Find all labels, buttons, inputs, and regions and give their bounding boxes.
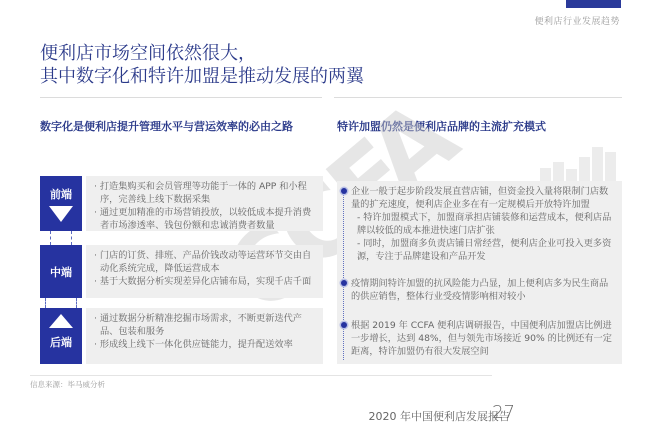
front-end-bullets: · 打造集购买和会员管理等功能于一体的 APP 和小程序，完善线上线下数据采集 …: [86, 176, 323, 231]
bullet: · 通过数据分析精准挖掘市场需求，不断更新迭代产品、包装和服务: [94, 312, 317, 338]
bullet: · 通过更加精准的市场营销投放，以较低成本提升消费者市场渗透率、钱包份额和忠诚消…: [94, 206, 317, 232]
row-middle-end: 中端 · 门店的订货、排班、产品价钱改动等运营环节交由自动化系统完成，降低运营成…: [40, 245, 323, 298]
franchise-panel: 企业一般于起步阶段发展直营店铺，但资金投入量将限制门店数量的扩充速度，便利店企业…: [337, 181, 622, 364]
section-tab-accent: [566, 0, 621, 8]
item-text: 企业一般于起步阶段发展直营店铺，但资金投入量将限制门店数量的扩充速度，便利店企业…: [351, 185, 616, 211]
connector-line: [50, 231, 51, 245]
row-front-end: 前端 · 打造集购买和会员管理等功能于一体的 APP 和小程序，完善线上线下数据…: [40, 176, 323, 231]
arrow-up-icon: [49, 314, 73, 328]
connector-line: [45, 298, 46, 308]
bullet: · 基于大数据分析实现差异化店铺布局，实现千店千面: [94, 275, 317, 288]
front-end-box: 前端: [40, 176, 82, 231]
bullet: · 形成线上线下一体化供应链能力，提升配送效率: [94, 338, 317, 351]
decorative-bar-graphic: [540, 147, 616, 182]
middle-end-bullets: · 门店的订货、排班、产品价钱改动等运营环节交由自动化系统完成，降低运营成本 ·…: [86, 245, 323, 298]
source-divider: [30, 375, 492, 376]
bullet: · 打造集购买和会员管理等功能于一体的 APP 和小程序，完善线上线下数据采集: [94, 180, 317, 206]
row-back-end: 后端 · 通过数据分析精准挖掘市场需求，不断更新迭代产品、包装和服务 · 形成线…: [40, 308, 323, 364]
item-text: 疫情期间特许加盟的抗风险能力凸显，加上便利店多为民生商品的供应销售，整体行业受疫…: [351, 277, 616, 303]
divider-right: [334, 97, 622, 98]
back-end-bullets: · 通过数据分析精准挖掘市场需求，不断更新迭代产品、包装和服务 · 形成线上线下…: [86, 308, 323, 364]
divider-left: [40, 97, 322, 98]
bullet: · 门店的订货、排班、产品价钱改动等运营环节交由自动化系统完成，降低运营成本: [94, 249, 317, 275]
list-item: 根据 2019 年 CCFA 便利店调研报告，中国便利店加盟店比例进一步增长，达…: [341, 319, 616, 358]
back-end-box: 后端: [40, 308, 82, 364]
item-text: 根据 2019 年 CCFA 便利店调研报告，中国便利店加盟店比例进一步增长，达…: [351, 319, 616, 358]
left-heading: 数字化是便利店提升管理水平与营运效率的必由之路: [40, 118, 293, 134]
middle-end-label: 中端: [40, 245, 82, 280]
middle-end-box: 中端: [40, 245, 82, 298]
title-line-1: 便利店市场空间依然很大，: [40, 42, 364, 65]
title-line-2: 其中数字化和特许加盟是推动发展的两翼: [40, 65, 364, 88]
bullet-dot-icon: [341, 322, 347, 328]
item-subpoint: - 同时，加盟商多负责店铺日常经营，便利店企业可投入更多资源，专注于品牌建设和产…: [351, 237, 616, 263]
page-title: 便利店市场空间依然很大， 其中数字化和特许加盟是推动发展的两翼: [40, 42, 364, 88]
footer-report-title: 2020 年中国便利店发展报告: [369, 408, 511, 424]
list-item: 企业一般于起步阶段发展直营店铺，但资金投入量将限制门店数量的扩充速度，便利店企业…: [341, 185, 616, 263]
connector-line: [76, 298, 77, 308]
bullet-dot-icon: [341, 188, 347, 194]
front-end-label: 前端: [40, 176, 82, 202]
source-note: 信息来源：毕马威分析: [30, 379, 105, 390]
arrow-down-icon: [49, 206, 73, 222]
list-item: 疫情期间特许加盟的抗风险能力凸显，加上便利店多为民生商品的供应销售，整体行业受疫…: [341, 277, 616, 303]
connector-line: [71, 231, 72, 245]
page-number: 27: [492, 402, 515, 423]
item-subpoint: - 特许加盟模式下，加盟商承担店铺装修和运营成本，便利店品牌以较低的成本推进快速…: [351, 211, 616, 237]
right-heading: 特许加盟仍然是便利店品牌的主流扩充模式: [337, 118, 546, 134]
bullet-dot-icon: [341, 280, 347, 286]
back-end-label: 后端: [40, 334, 82, 350]
section-label: 便利店行业发展趋势: [534, 14, 620, 27]
